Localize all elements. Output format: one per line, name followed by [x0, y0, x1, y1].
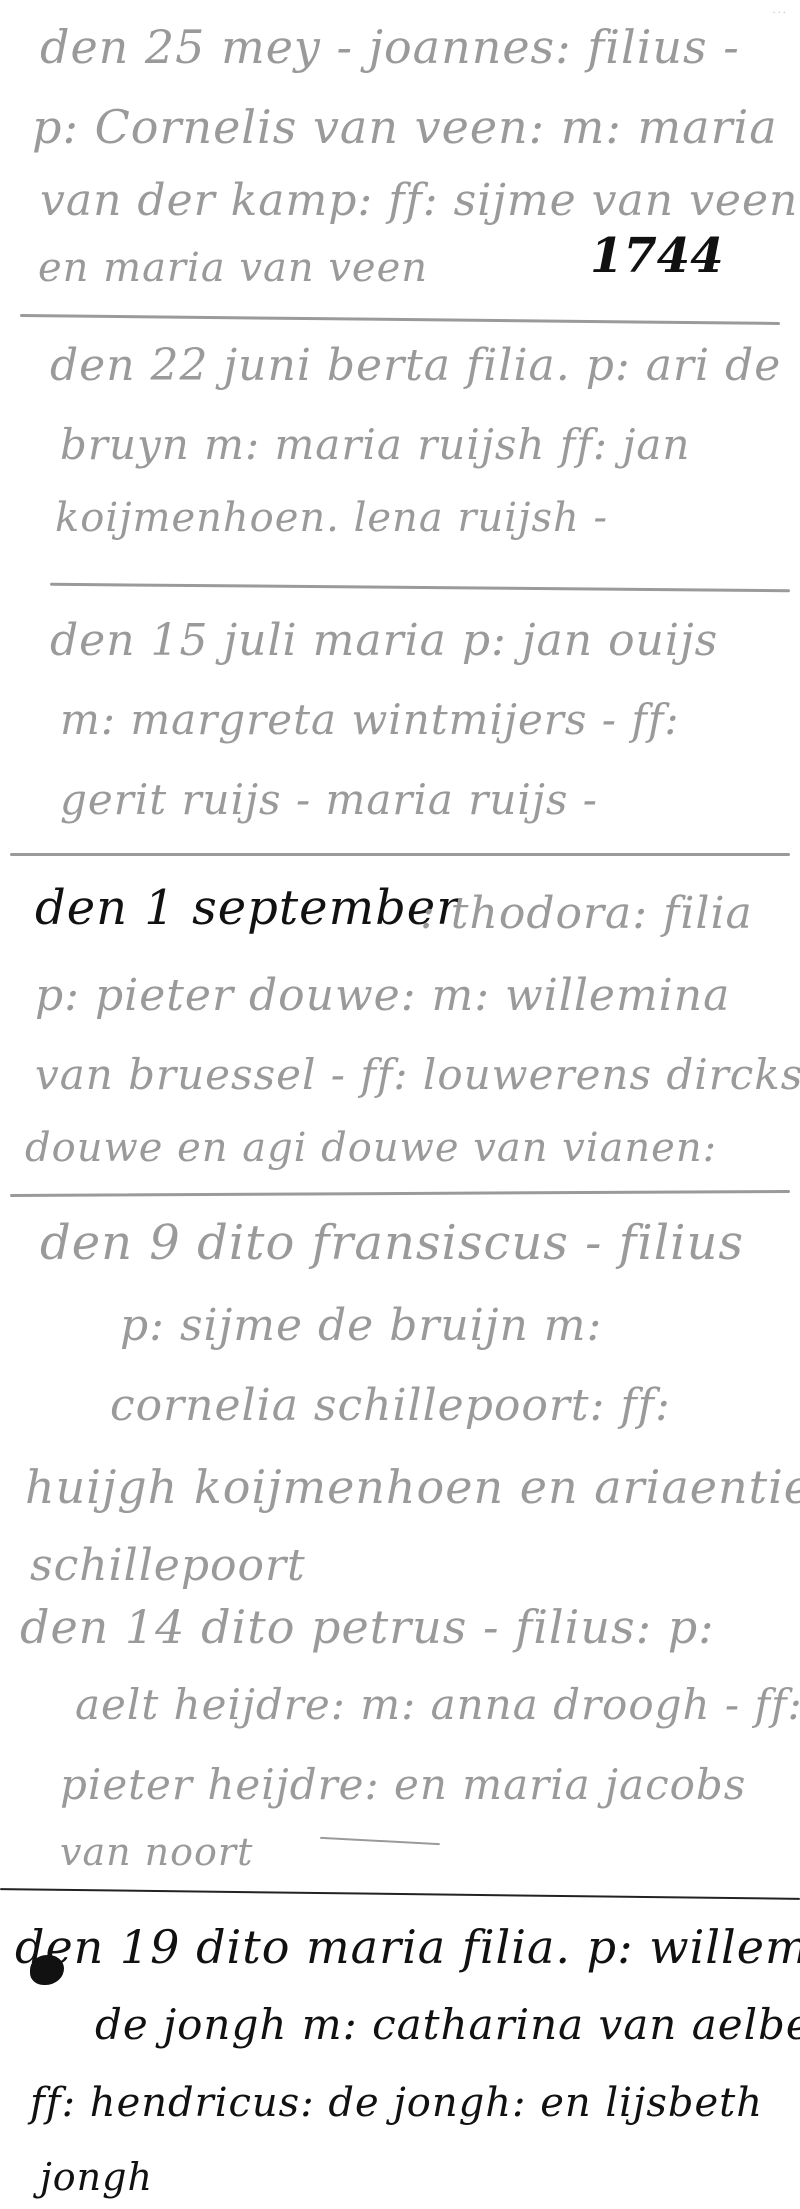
entry-line: den 25 mey - joannes: filius -	[40, 20, 740, 74]
entry-separator	[50, 583, 790, 592]
entry-line: gerit ruijs - maria ruijs -	[60, 775, 598, 824]
entry-line: den 15 juli maria p: jan ouijs	[50, 615, 718, 666]
entry-line: van der kamp: ff: sijme van veen	[40, 175, 798, 226]
entry-line: m: margreta wintmijers - ff:	[60, 695, 680, 744]
entry-underline	[320, 1837, 440, 1845]
register-page: ··· den 25 mey - joannes: filius - p: Co…	[0, 0, 800, 2209]
entry-line: schillepoort	[30, 1540, 306, 1591]
entry-line: de jongh m: catharina van aelbergh	[95, 2000, 800, 2049]
entry-separator	[0, 1888, 800, 1900]
entry-separator	[10, 853, 790, 856]
entry-line: van bruessel - ff: louwerens dircks	[35, 1050, 800, 1099]
entry-line: den 19 dito maria filia. p: willem	[15, 1920, 800, 1974]
entry-line: van noort	[60, 1830, 253, 1874]
entry-separator	[10, 1190, 790, 1197]
entry-line: p: pieter douwe: m: willemina	[35, 970, 730, 1021]
entry-line: aelt heijdre: m: anna droogh - ff:	[75, 1680, 800, 1729]
entry-line: douwe en agi douwe van vianen:	[25, 1125, 717, 1171]
entry-line: jongh	[40, 2155, 153, 2199]
entry-separator	[20, 314, 780, 325]
entry-line: den 22 juni berta filia. p: ari de	[50, 340, 781, 391]
entry-line: p: sijme de bruijn m:	[120, 1300, 602, 1351]
corner-mark: ···	[772, 8, 788, 19]
entry-line: p: Cornelis van veen: m: maria	[32, 100, 778, 154]
entry-line: ff: hendricus: de jongh: en lijsbeth	[30, 2080, 763, 2126]
entry-date-highlight: den 1 september	[35, 880, 460, 936]
year-marker: 1744	[590, 228, 724, 284]
entry-line: bruyn m: maria ruijsh ff: jan	[60, 420, 690, 469]
entry-line: : thodora: filia	[420, 888, 753, 939]
entry-line: huijgh koijmenhoen en ariaentie	[25, 1460, 800, 1514]
entry-line: cornelia schillepoort: ff:	[110, 1380, 671, 1431]
entry-line: koijmenhoen. lena ruijsh -	[55, 495, 608, 541]
entry-line: pieter heijdre: en maria jacobs	[60, 1760, 746, 1809]
entry-line: den 9 dito fransiscus - filius	[40, 1215, 744, 1271]
entry-line: den 14 dito petrus - filius: p:	[20, 1600, 715, 1654]
entry-line: en maria van veen	[38, 245, 428, 291]
